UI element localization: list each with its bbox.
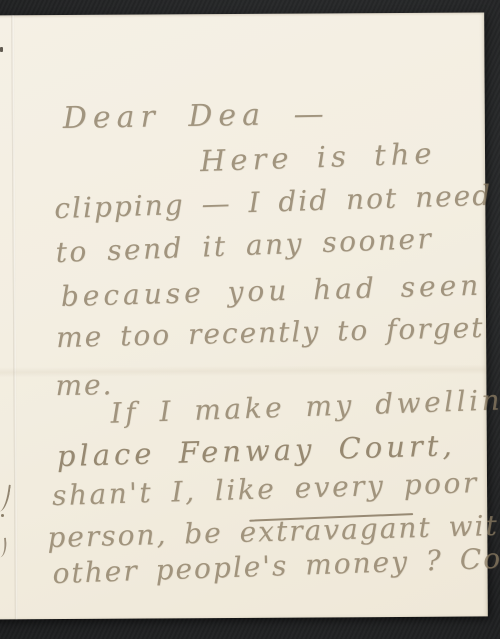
handwriting-line: clipping — I did not need: [54, 179, 493, 225]
handwriting-line: If I make my dwelling: [110, 383, 500, 430]
handwriting-line: place Fenway Court,: [56, 428, 456, 473]
handwriting-line: Here is the: [199, 136, 437, 178]
handwriting-line: me too recently to forget: [56, 311, 485, 354]
fold-crease: [11, 15, 18, 619]
handwriting-line: shan't I, like every poor: [52, 466, 480, 512]
handwriting-line-salutation: Dear Dea —: [63, 97, 330, 136]
handwriting-line: me.: [55, 368, 114, 402]
handwriting-line: because you had seen: [60, 269, 482, 313]
handwriting-line: to send it any sooner: [55, 222, 434, 269]
stray-ink-dot: [1, 514, 4, 517]
photo-background: Dear Dea — Here is the clipping — I did …: [0, 0, 500, 639]
letter-page: Dear Dea — Here is the clipping — I did …: [0, 12, 488, 619]
edge-speck: [0, 47, 3, 52]
